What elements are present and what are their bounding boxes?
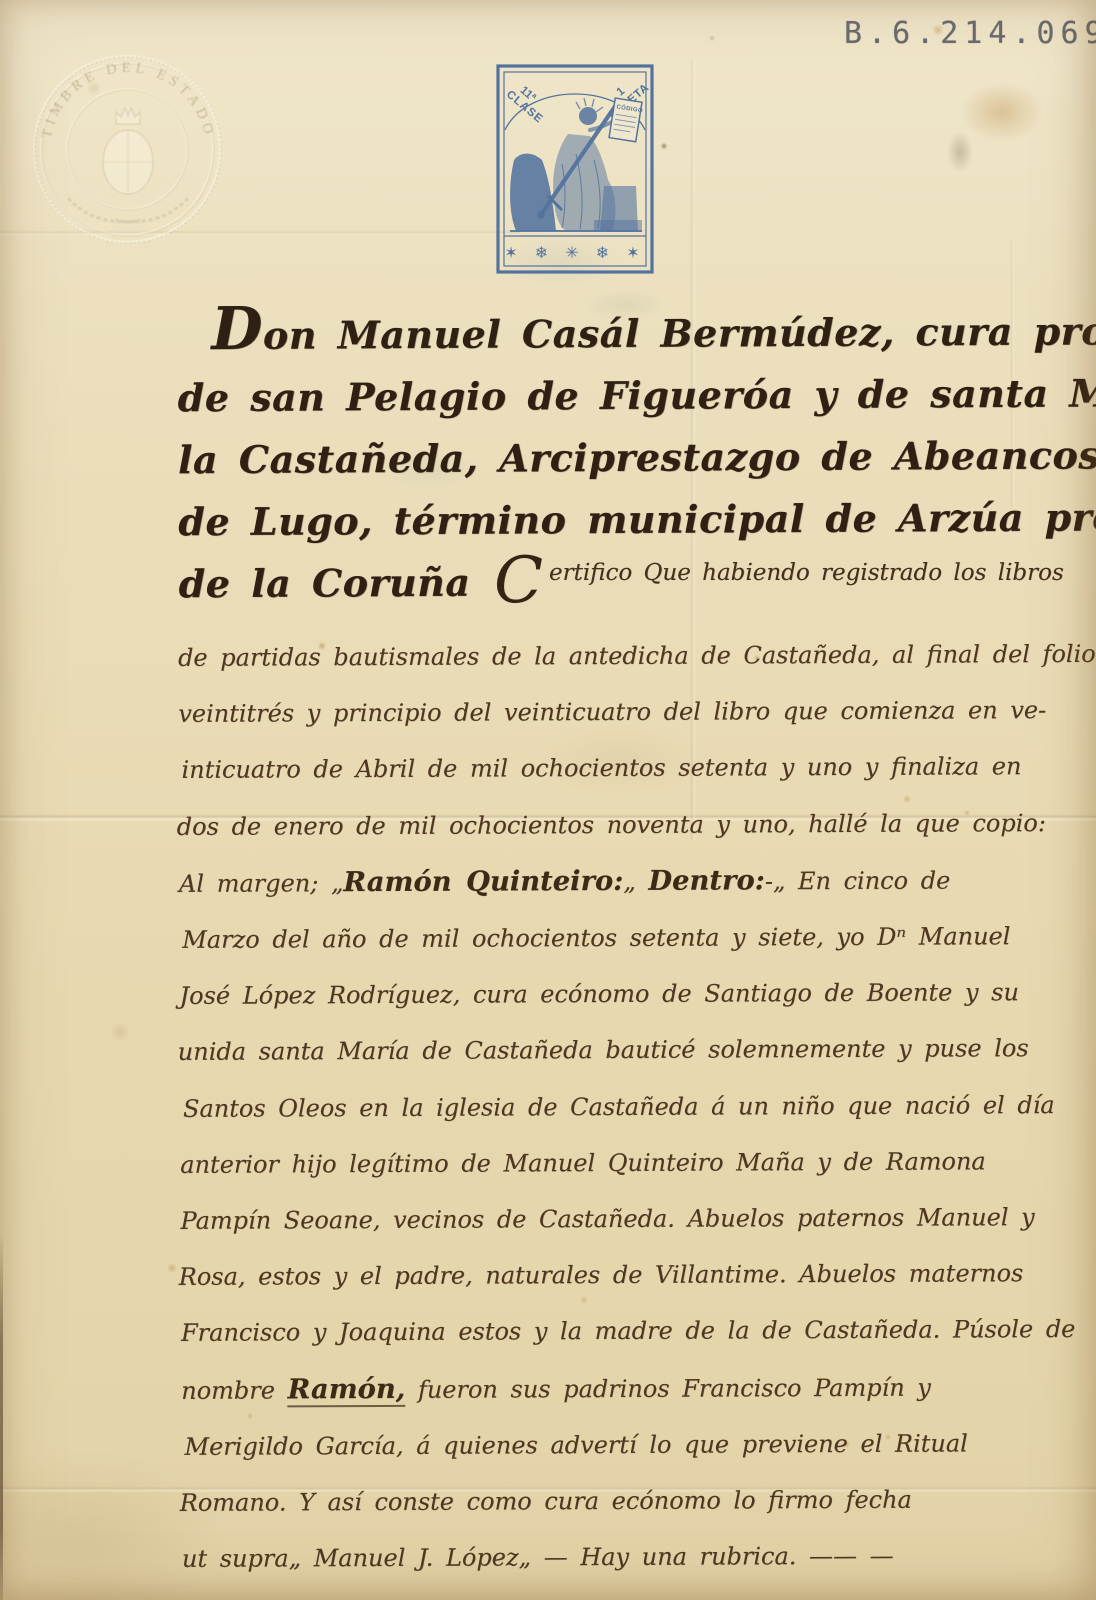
handwritten-line: anterior hijo legítimo de Manuel Quintei…	[180, 1133, 1036, 1193]
heading-line: la Castañeda, Arciprestazgo de Abeancos …	[178, 425, 1038, 492]
handwritten-line: Francisco y Joaquina estos y la madre de…	[181, 1302, 1037, 1362]
text-segment: Santos Oleos en la iglesia de Castañeda …	[183, 1091, 1055, 1123]
revenue-stamp: 11ª CLASE 1 PESETA CÓDIGO ✶ ❄ ✳ ❄ ✶	[496, 64, 654, 274]
text-segment: Al margen; „	[179, 869, 343, 898]
text-segment: Rosa, estos y el padre, naturales de Vil…	[179, 1259, 1024, 1291]
text-segment: Merigildo García, á quienes advertí lo q…	[184, 1429, 967, 1460]
handwritten-line: Al margen; „Ramón Quinteiro:„ Dentro:-„ …	[179, 851, 1035, 912]
text-segment: Romano. Y así conste como cura ecónomo l…	[180, 1486, 912, 1517]
emphasized-word: Dentro:	[648, 864, 765, 897]
handwritten-line: unida santa María de Castañeda bauticé s…	[178, 1021, 1034, 1081]
embossed-state-seal: TIMBRE DEL ESTADO	[28, 50, 228, 250]
handwritten-line: Romano. Y así conste como cura ecónomo l…	[180, 1471, 1036, 1531]
text-segment: José López Rodríguez, cura ecónomo de Sa…	[179, 978, 1019, 1010]
text-segment: fueron sus padrinos Francisco Pampín y	[405, 1373, 931, 1403]
text-segment: de partidas bautismales de la antedicha …	[178, 640, 1096, 672]
handwritten-line: Pampín Seoane, vecinos de Castañeda. Abu…	[180, 1189, 1036, 1249]
handwritten-line: Marzo del año de mil ochocientos setenta…	[182, 908, 1038, 968]
seal-coat-of-arms	[68, 108, 188, 222]
text-segment: „	[623, 868, 648, 896]
text-segment: -„ En cinco de	[765, 866, 951, 895]
handwritten-line: ut supra„ Manuel J. López„ — Hay una rub…	[182, 1527, 1038, 1587]
text-segment: Pampín Seoane, vecinos de Castañeda. Abu…	[180, 1203, 1034, 1235]
emphasized-word: Ramón Quinteiro:	[343, 865, 623, 898]
handwritten-line: Rosa, estos y el padre, naturales de Vil…	[179, 1245, 1035, 1305]
stamp-tablet: CÓDIGO	[609, 98, 644, 142]
paper-edge-shadow	[0, 1230, 3, 1600]
text-segment: nombre	[181, 1376, 287, 1404]
handwritten-line: nombre Ramón, fueron sus padrinos Franci…	[181, 1358, 1037, 1419]
serial-number-stamp: B.6.214.069*	[844, 16, 1074, 51]
seal-ring-text: TIMBRE DEL ESTADO	[39, 60, 217, 140]
text-segment: Marzo del año de mil ochocientos setenta…	[182, 922, 1010, 954]
certify-line: Certifico Que habiendo registrado los li…	[494, 560, 1054, 608]
text-segment: unida santa María de Castañeda bauticé s…	[178, 1035, 1029, 1067]
svg-text:TIMBRE DEL ESTADO: TIMBRE DEL ESTADO	[39, 60, 217, 140]
heading-line: de Lugo, término municipal de Arzúa prov…	[178, 487, 1038, 554]
handwritten-line: José López Rodríguez, cura ecónomo de Sa…	[179, 964, 1035, 1024]
handwritten-line: veintitrés y principio del veinticuatro …	[178, 682, 1034, 742]
text-segment: inticuatro de Abril de mil ochocientos s…	[181, 753, 1021, 785]
handwritten-line: de partidas bautismales de la antedicha …	[178, 626, 1034, 686]
text-segment: dos de enero de mil ochocientos noventa …	[177, 809, 1046, 841]
heading-line: de san Pelagio de Figueróa y de santa Ma…	[178, 363, 1038, 430]
handwritten-line: dos de enero de mil ochocientos noventa …	[177, 795, 1033, 855]
text-segment: Francisco y Joaquina estos y la madre de…	[181, 1315, 1075, 1347]
stamp-class-label: 11ª CLASE	[504, 79, 553, 126]
handwritten-line: Santos Oleos en la iglesia de Castañeda …	[183, 1077, 1039, 1137]
heading-line: Don Manuel Casál Bermúdez, cura propio	[177, 294, 1037, 368]
handwritten-line: inticuatro de Abril de mil ochocientos s…	[181, 739, 1037, 799]
handwritten-line: Merigildo García, á quienes advertí lo q…	[184, 1415, 1040, 1475]
text-segment: anterior hijo legítimo de Manuel Quintei…	[180, 1147, 986, 1179]
body-text: de partidas bautismales de la antedicha …	[178, 626, 1038, 1587]
stamp-ornaments: ✶ ❄ ✳ ❄ ✶	[504, 243, 645, 262]
text-segment: ut supra„ Manuel J. López„ — Hay una rub…	[182, 1542, 894, 1573]
document-page: TIMBRE DEL ESTADO 11ª CLASE 1 PESETA	[0, 0, 1096, 1600]
text-segment: veintitrés y principio del veinticuatro …	[178, 696, 1046, 728]
emphasized-word: Ramón,	[288, 1373, 406, 1408]
